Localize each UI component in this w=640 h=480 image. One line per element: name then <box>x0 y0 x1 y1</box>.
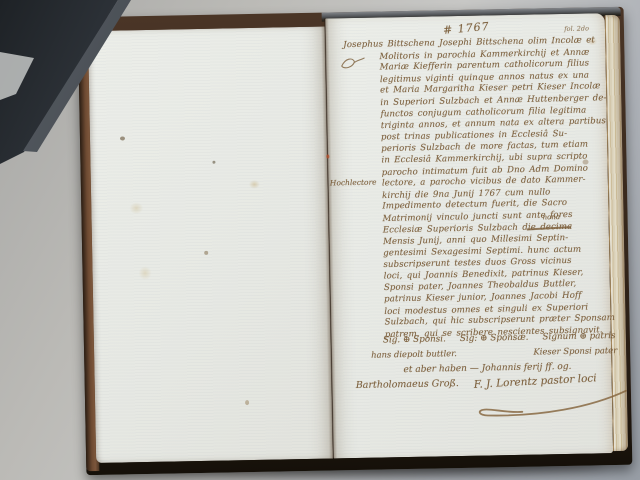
page-stain <box>212 161 215 164</box>
closing-date-line: et aber haben — Johannis ferij ff. og. <box>403 362 571 375</box>
witness-row: hans diepolt buttler. Kieser Sponsi pate… <box>371 345 617 360</box>
correction-word-above: nona <box>543 213 561 221</box>
record-text: Josephus Bittschena Josephi Bittschena o… <box>379 35 617 341</box>
mark-sponsae: Sig: ⊕ Sponsæ. <box>460 333 529 344</box>
manuscript-content: # 1767 fol. 2do Josephus Bittschena Jose… <box>325 13 613 458</box>
pen-flourish-mark <box>339 54 365 72</box>
page-stain <box>204 251 208 255</box>
page-stain <box>249 180 260 189</box>
entry-year-heading: # 1767 <box>442 20 490 37</box>
mark-patris: Signum ⊕ patris <box>542 331 615 342</box>
photo-background: # 1767 fol. 2do Josephus Bittschena Jose… <box>0 0 640 480</box>
witness-signature-left: hans diepolt buttler. <box>371 348 457 360</box>
witness-signature-right: Kieser Sponsi pater <box>533 345 617 357</box>
page-stain <box>138 266 151 280</box>
signature-flourish <box>470 385 631 422</box>
mark-sponsi: Sig. ⊕ Sponsi. <box>383 334 446 345</box>
folio-number: fol. 2do <box>564 24 589 32</box>
margin-note: Hochlectore <box>330 178 377 188</box>
open-register-book: # 1767 fol. 2do Josephus Bittschena Jose… <box>78 7 633 475</box>
page-stain <box>245 400 249 405</box>
dark-board-corner-object <box>0 0 134 170</box>
page-stain <box>129 202 143 214</box>
signature-gross: Bartholomaeus Groß. <box>356 378 459 391</box>
